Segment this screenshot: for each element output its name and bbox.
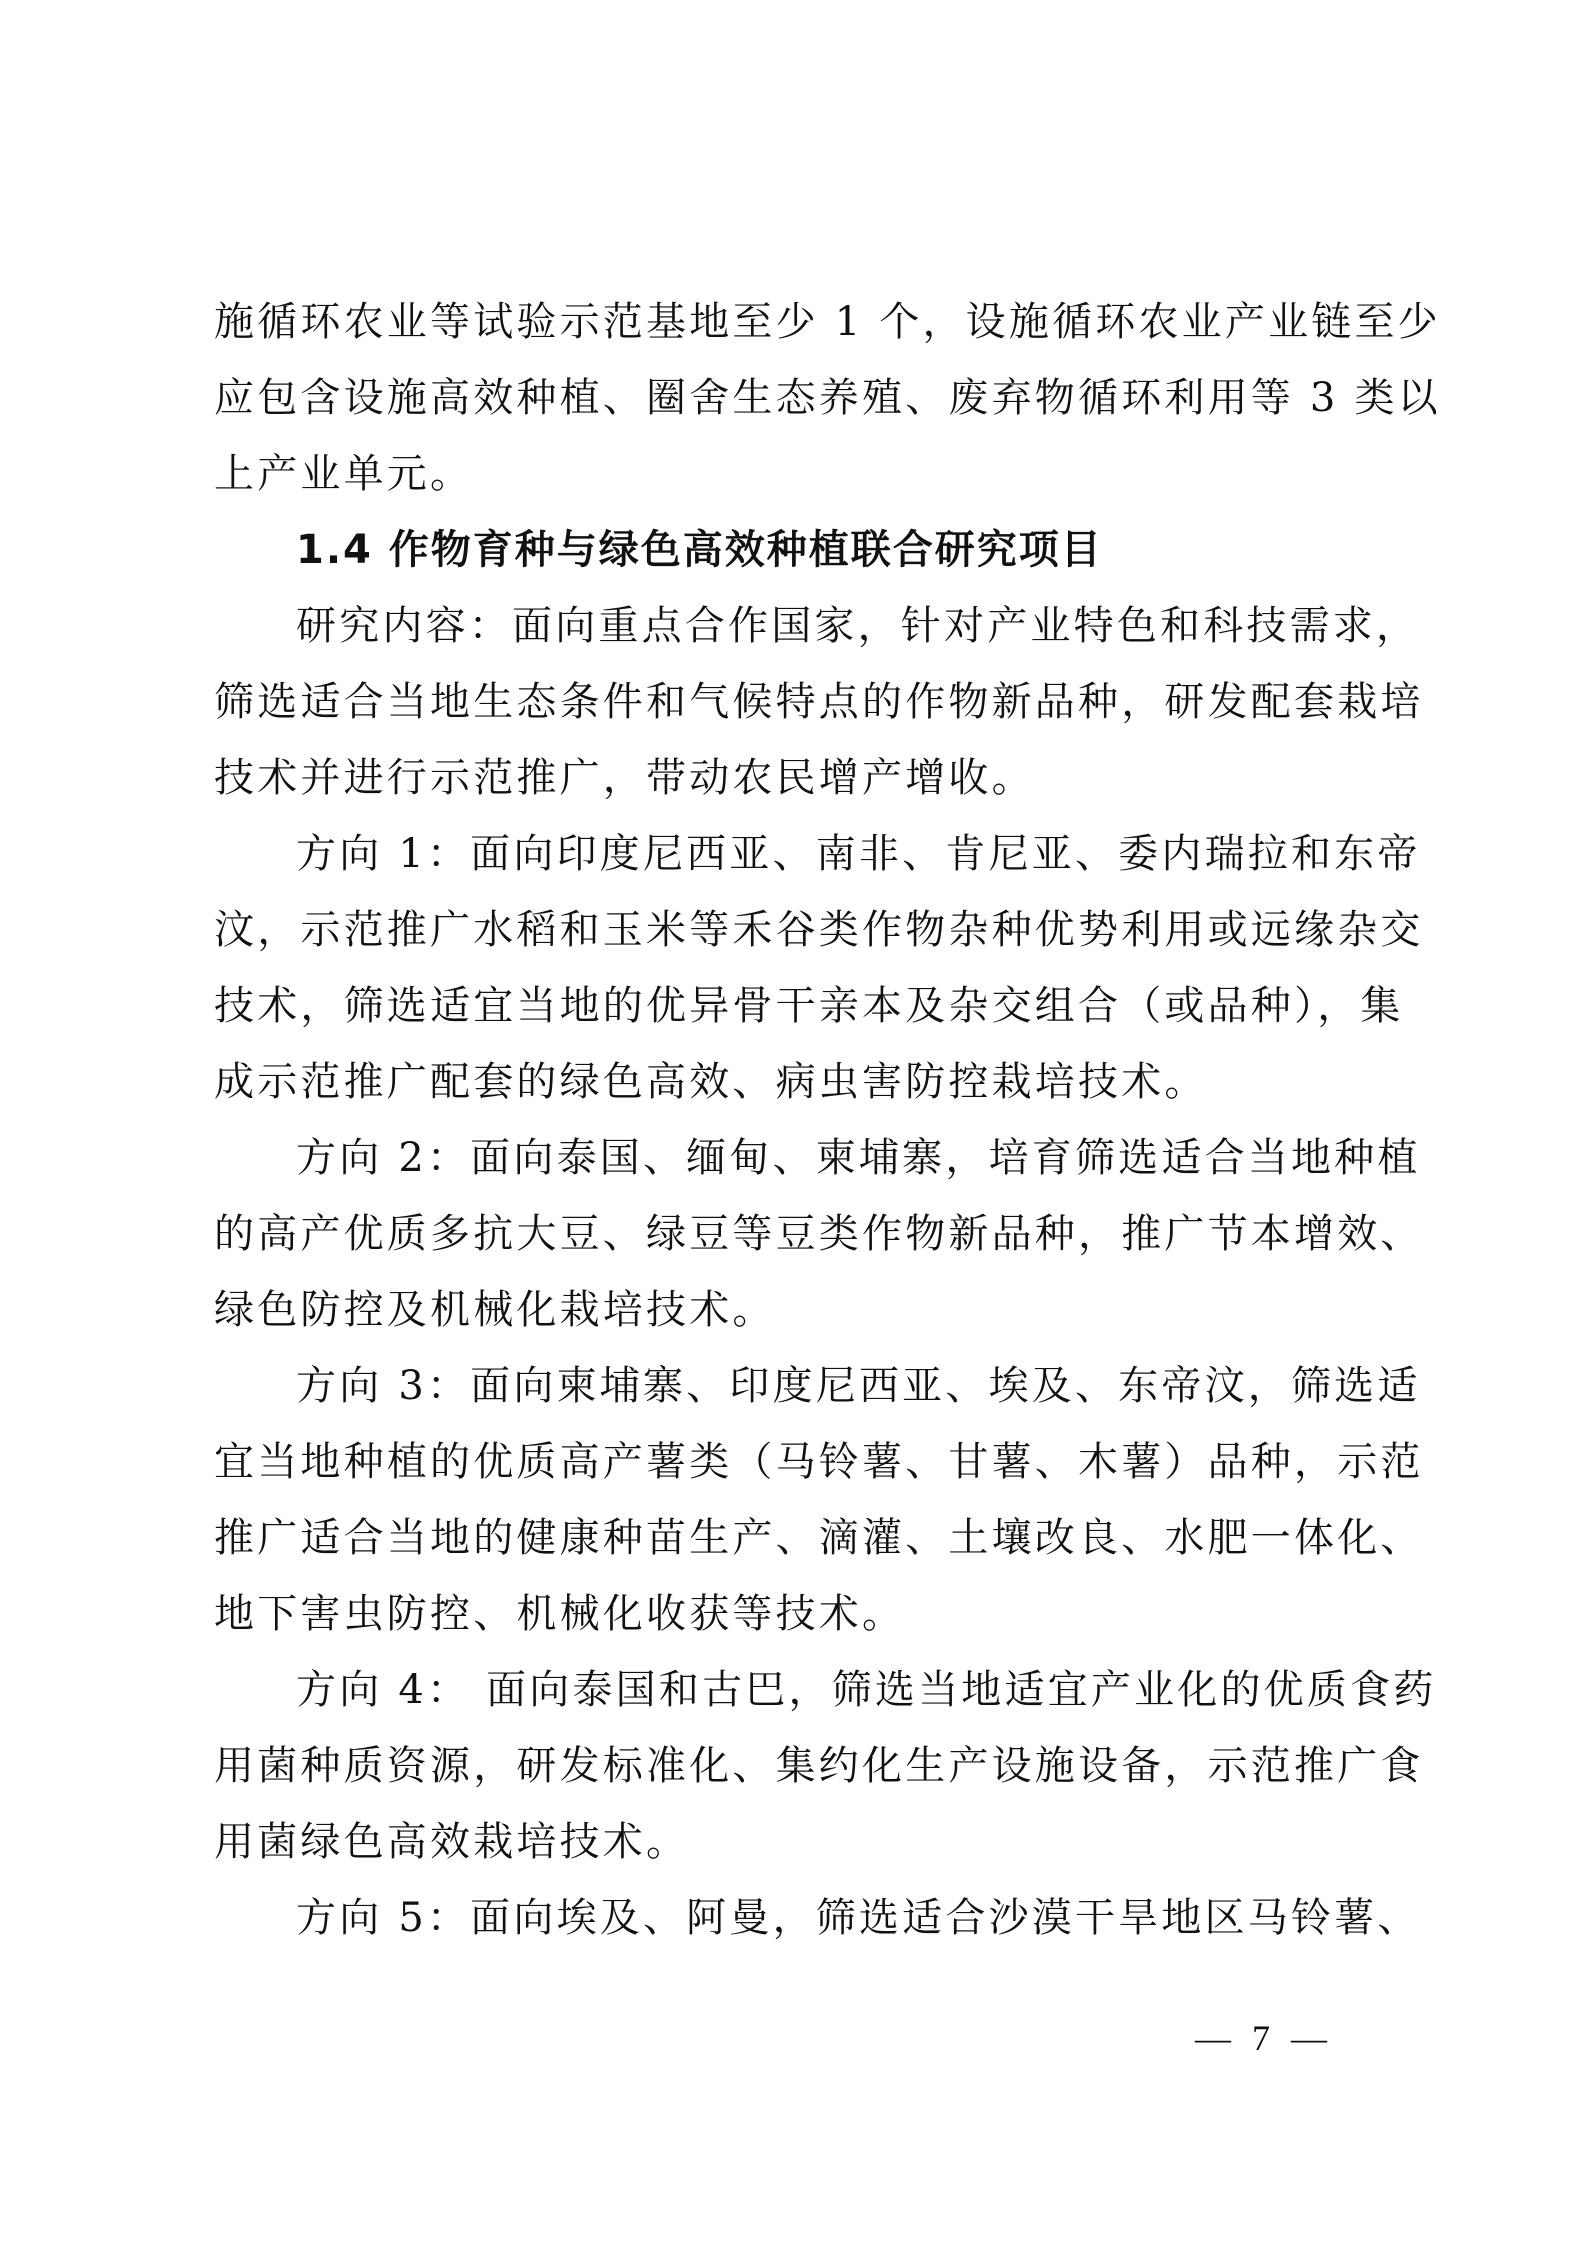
paragraph-line: 推广适合当地的健康种苗生产、滴灌、土壤改良、水肥一体化、 <box>214 1514 1384 1562</box>
paragraph-line: 方向 2：面向泰国、缅甸、柬埔寨，培育筛选适合当地种植 <box>296 1134 1384 1182</box>
paragraph-line: 成示范推广配套的绿色高效、病虫害防控栽培技术。 <box>214 1058 1384 1106</box>
paragraph-line: 用菌绿色高效栽培技术。 <box>214 1818 1384 1866</box>
section-heading: 1.4 作物育种与绿色高效种植联合研究项目 <box>296 526 1384 574</box>
paragraph-line: 施循环农业等试验示范基地至少 1 个，设施循环农业产业链至少 <box>214 298 1384 346</box>
paragraph-line: 绿色防控及机械化栽培技术。 <box>214 1286 1384 1334</box>
paragraph-line: 汶，示范推广水稻和玉米等禾谷类作物杂种优势利用或远缘杂交 <box>214 906 1384 954</box>
paragraph-line: 上产业单元。 <box>214 450 1384 498</box>
page-number: — 7 — <box>1195 2018 1333 2058</box>
paragraph-line: 方向 5：面向埃及、阿曼，筛选适合沙漠干旱地区马铃薯、 <box>296 1894 1384 1942</box>
document-page: 施循环农业等试验示范基地至少 1 个，设施循环农业产业链至少 应包含设施高效种植… <box>0 0 1587 2245</box>
paragraph-line: 技术，筛选适宜当地的优异骨干亲本及杂交组合（或品种），集 <box>214 982 1384 1030</box>
paragraph-line: 的高产优质多抗大豆、绿豆等豆类作物新品种，推广节本增效、 <box>214 1210 1384 1258</box>
paragraph-line: 方向 1：面向印度尼西亚、南非、肯尼亚、委内瑞拉和东帝 <box>296 830 1384 878</box>
paragraph-line: 宜当地种植的优质高产薯类（马铃薯、甘薯、木薯）品种，示范 <box>214 1438 1384 1486</box>
paragraph-line: 研究内容：面向重点合作国家，针对产业特色和科技需求， <box>296 602 1384 650</box>
paragraph-line: 方向 3：面向柬埔寨、印度尼西亚、埃及、东帝汶，筛选适 <box>296 1362 1384 1410</box>
paragraph-line: 方向 4： 面向泰国和古巴，筛选当地适宜产业化的优质食药 <box>296 1666 1384 1714</box>
paragraph-line: 地下害虫防控、机械化收获等技术。 <box>214 1590 1384 1638</box>
paragraph-line: 用菌种质资源，研发标准化、集约化生产设施设备，示范推广食 <box>214 1742 1384 1790</box>
paragraph-line: 应包含设施高效种植、圈舍生态养殖、废弃物循环利用等 3 类以 <box>214 374 1384 422</box>
paragraph-line: 技术并进行示范推广，带动农民增产增收。 <box>214 754 1384 802</box>
paragraph-line: 筛选适合当地生态条件和气候特点的作物新品种，研发配套栽培 <box>214 678 1384 726</box>
